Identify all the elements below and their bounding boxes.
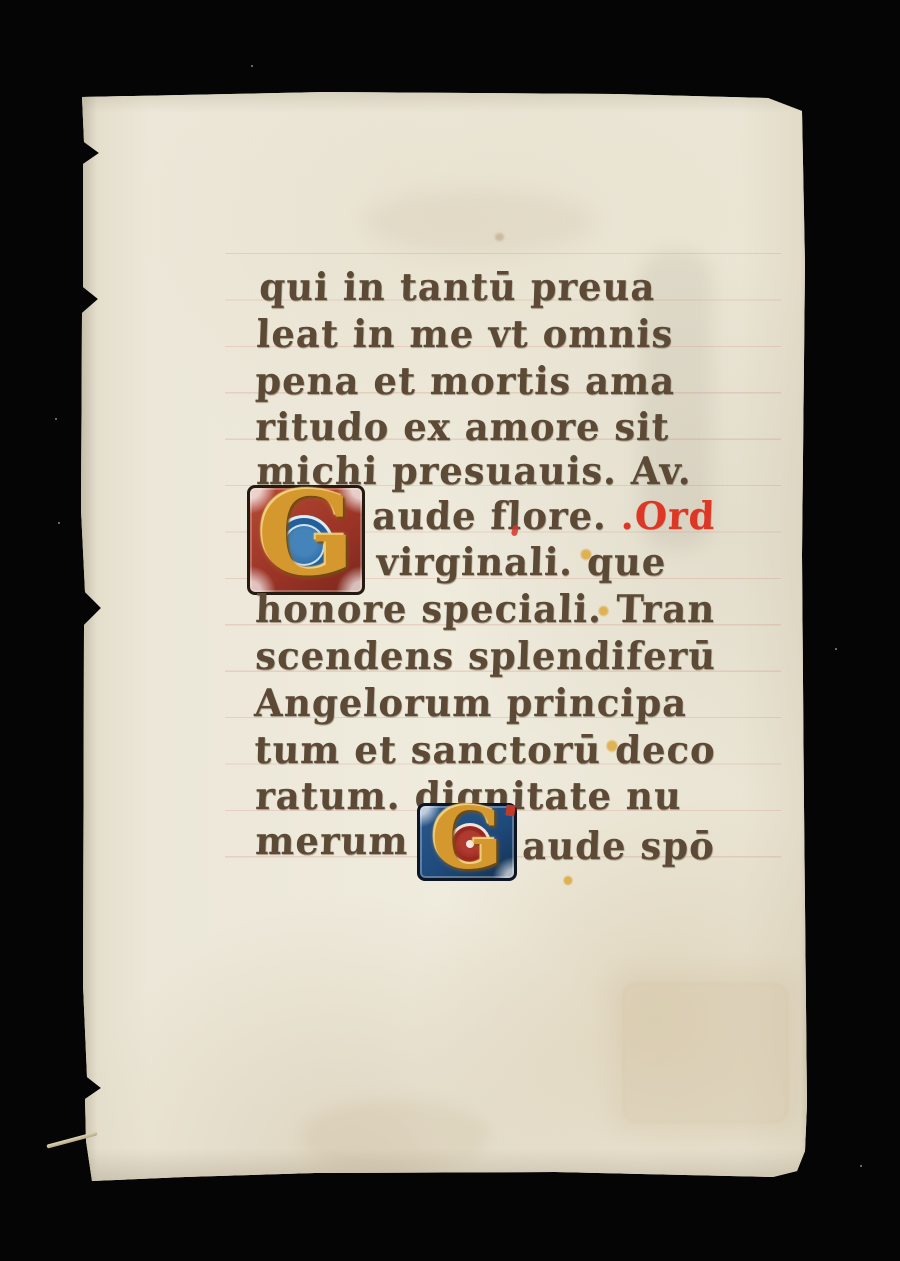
text-line: virginali. que [376, 543, 667, 581]
gold-fleck [580, 548, 592, 561]
text-line: aude spō [522, 827, 716, 865]
dust-speck [55, 418, 57, 420]
photo-background: qui in tantū preua leat in me vt omnis p… [0, 0, 900, 1261]
text-line: leat in me vt omnis [256, 315, 674, 353]
text-line: honore speciali. Tran [255, 590, 716, 628]
parchment-stain [365, 190, 595, 254]
text-line: aude flore. .Ord [372, 497, 716, 535]
ink-smudge [495, 233, 504, 241]
text-line: tum et sanctorū deco [254, 731, 717, 769]
manuscript-leaf: qui in tantū preua leat in me vt omnis p… [75, 85, 815, 1187]
dust-speck [251, 65, 253, 67]
parchment-stain [300, 1100, 490, 1172]
illuminated-initial-G: G [247, 477, 365, 591]
parchment-stain [623, 983, 788, 1123]
text-line: Angelorum principa [254, 684, 688, 722]
gold-fleck [606, 739, 618, 753]
rubric-text: .Ord [606, 493, 716, 538]
illuminated-initial-block: G [417, 803, 517, 881]
text-line: merum [255, 822, 410, 860]
text-line: pena et mortis ama [255, 362, 676, 400]
illuminated-initial-G: G [417, 797, 517, 881]
dust-speck [835, 648, 837, 650]
dust-speck [58, 522, 60, 524]
text-line: qui in tantū preua [259, 268, 657, 306]
illuminated-initial-block: G [247, 485, 365, 595]
gold-fleck [598, 605, 609, 617]
text-line: ritudo ex amore sit [255, 408, 670, 446]
gold-fleck [563, 875, 573, 886]
dust-speck [860, 1165, 862, 1167]
text-line: scendens splendiferū [255, 637, 717, 675]
text-segment: aude flore. [372, 493, 608, 538]
